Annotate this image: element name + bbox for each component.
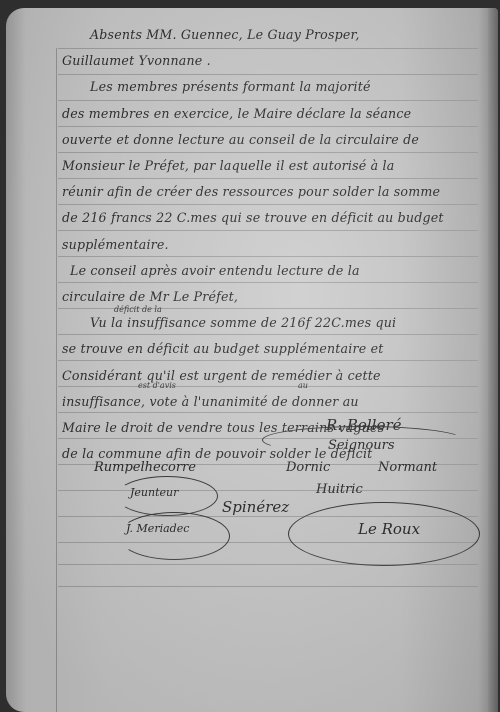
signature: Rumpelhecorre [94, 460, 196, 475]
text-line: ouverte et donne lecture au conseil de l… [62, 127, 494, 153]
signature: Dornic [286, 460, 330, 475]
interlinear-note: est d'avis [138, 381, 176, 390]
text-line: Considérant qu'il est urgent de remédier… [62, 363, 494, 389]
text-line: Monsieur le Préfet, par laquelle il est … [62, 153, 494, 179]
ruled-line [58, 586, 478, 587]
text-line: Absents MM. Guennec, Le Guay Prosper, [62, 22, 494, 48]
register-page: Absents MM. Guennec, Le Guay Prosper, Gu… [6, 8, 498, 712]
signature: Huitric [316, 482, 363, 497]
text-line: Les membres présents formant la majorité [62, 74, 494, 100]
signature-flourish [116, 476, 218, 516]
text-line: Vu la insuffisance somme de 216f 22C.mes… [62, 310, 494, 336]
margin-rule [56, 48, 57, 712]
text-line: Le conseil après avoir entendu lecture d… [62, 258, 494, 284]
text-line: de 216 francs 22 C.mes qui se trouve en … [62, 205, 494, 231]
signature: Normant [378, 460, 437, 475]
signature-flourish [288, 502, 480, 566]
interlinear-note: au [298, 381, 308, 390]
text-line: Guillaumet Yvonnane . [62, 48, 494, 74]
text-line: supplémentaire. [62, 232, 494, 258]
interlinear-note: déficit de la [114, 305, 162, 314]
text-line: des membres en exercice, le Maire déclar… [62, 101, 494, 127]
signature: Spinérez [222, 498, 289, 516]
signature: Seignours [328, 438, 395, 453]
signature-flourish [118, 512, 230, 560]
text-line: se trouve en déficit au budget supplémen… [62, 336, 494, 362]
minutes-text: Absents MM. Guennec, Le Guay Prosper, Gu… [62, 22, 494, 467]
text-line: insuffisance, vote à l'unanimité de donn… [62, 389, 494, 415]
text-line: réunir afin de créer des ressources pour… [62, 179, 494, 205]
